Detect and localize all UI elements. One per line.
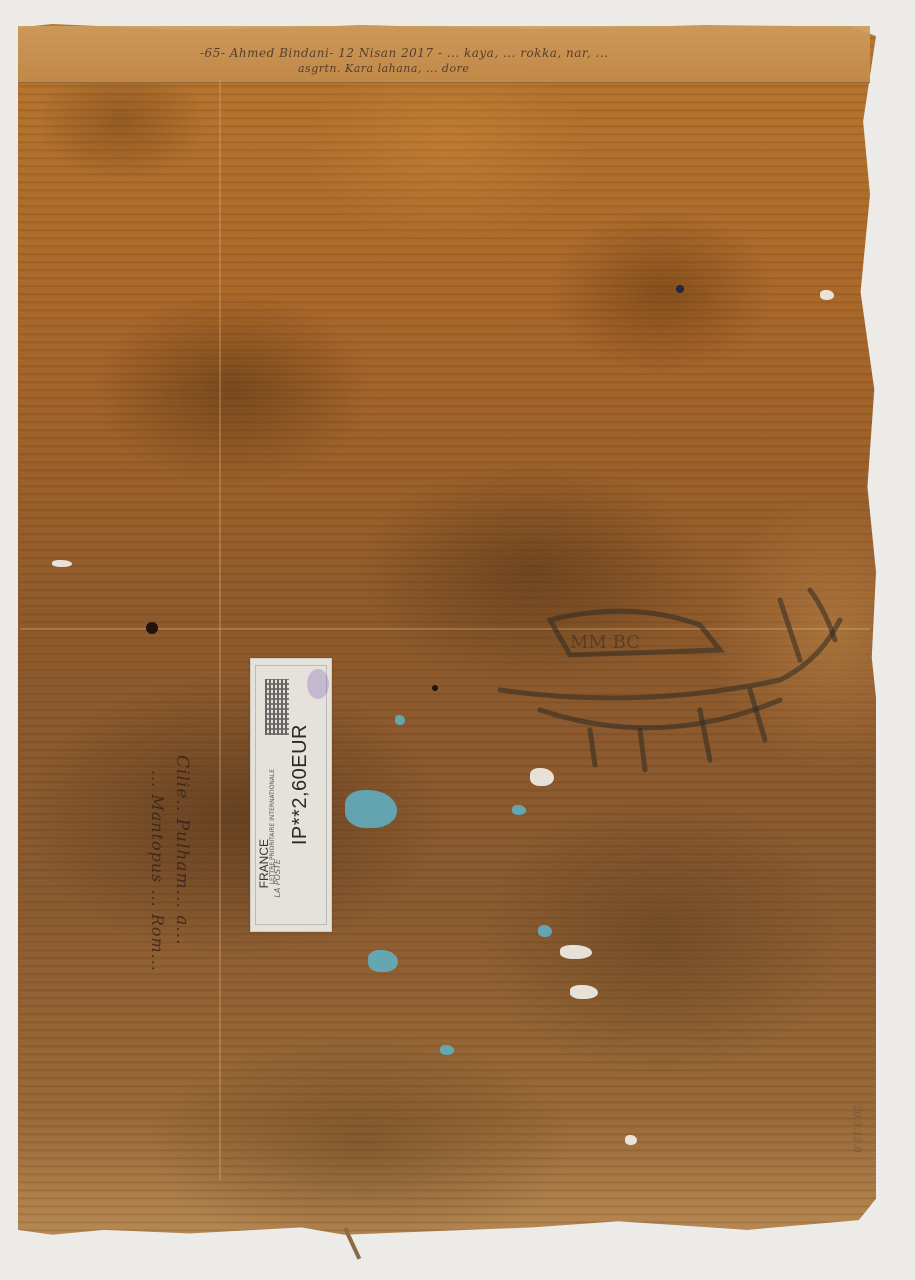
paint-splatter	[560, 945, 592, 959]
vertical-fold-line	[219, 80, 221, 1180]
paint-splatter	[440, 1045, 454, 1055]
paint-splatter	[345, 790, 397, 828]
paint-splatter	[538, 925, 552, 937]
postmark-stamp	[307, 669, 329, 699]
postage-price: IP**2,60EUR	[289, 724, 312, 845]
postage-country: FRANCE	[257, 839, 271, 888]
side-annotation-1: Cilie.. Pulham... a...	[172, 755, 192, 946]
paint-splatter	[395, 715, 405, 725]
postage-label: IP**2,60EUR LETTRE PRIORITAIRE INTERNATI…	[250, 658, 332, 932]
paint-splatter	[625, 1135, 637, 1145]
boat-sketch-drawing: MM BC	[480, 580, 860, 780]
paint-splatter	[530, 768, 554, 786]
paper-hole	[146, 622, 158, 634]
top-annotation-line-1: -65- Ahmed Bindani- 12 Nisan 2017 - ... …	[200, 46, 608, 60]
side-annotation-2: ... Mantopus ... Rom...	[148, 770, 167, 972]
paint-splatter	[52, 560, 72, 567]
paint-splatter	[820, 290, 834, 300]
postage-brand: LA POSTE	[273, 859, 282, 898]
datamatrix-code	[265, 679, 289, 735]
paint-splatter	[368, 950, 398, 972]
bottom-right-note: 20.3.12.8	[851, 1105, 862, 1153]
paint-splatter	[570, 985, 598, 999]
svg-text:MM BC: MM BC	[570, 632, 640, 653]
paper-hole	[432, 685, 438, 691]
top-annotation-line-2: asgrtn. Kara lahana, ... dore	[298, 62, 469, 75]
paint-splatter	[512, 805, 526, 815]
paper-hole	[676, 285, 684, 293]
